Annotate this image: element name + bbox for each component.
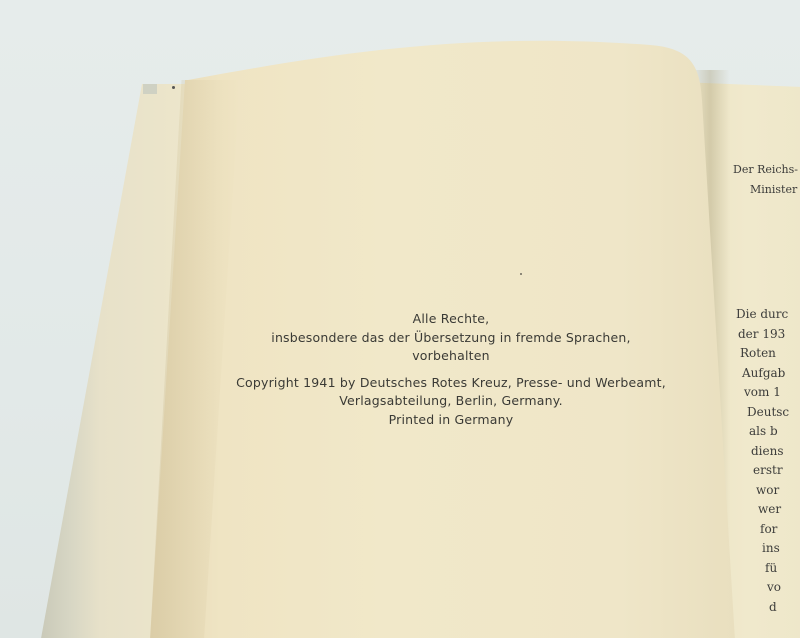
translation-rights-line: insbesondere das der Übersetzung in frem… [236, 329, 666, 348]
body-line: fü [736, 559, 800, 579]
copyright-imprint: Alle Rechte, insbesondere das der Überse… [236, 310, 666, 429]
right-page-body: Die durc der 193 Roten Aufgab vom 1 Deut… [736, 305, 800, 638]
body-line: vom 1 [736, 383, 800, 403]
paper-speck [520, 273, 522, 275]
right-page-heading-2: Minister [750, 183, 800, 196]
cover-corner [143, 84, 157, 94]
body-line: ins [736, 539, 800, 559]
publisher-line: Verlagsabteilung, Berlin, Germany. [236, 392, 666, 411]
body-line: diens [736, 442, 800, 462]
body-line: Roten [736, 344, 800, 364]
paper-speck [172, 86, 175, 89]
body-line: vo [736, 578, 800, 598]
body-line: d [736, 598, 800, 618]
body-line: for [736, 520, 800, 540]
body-line: Aufgab [736, 364, 800, 384]
rights-line: Alle Rechte, [236, 310, 666, 329]
printed-in-line: Printed in Germany [236, 411, 666, 430]
body-line: als b [736, 422, 800, 442]
copyright-line: Copyright 1941 by Deutsches Rotes Kreuz,… [236, 374, 666, 393]
body-line: wer [736, 500, 800, 520]
reserved-line: vorbehalten [236, 347, 666, 366]
body-line: erstr [736, 461, 800, 481]
right-page-heading-1: Der Reichs- [733, 163, 800, 176]
body-line: wor [736, 481, 800, 501]
body-line: Deutsc [736, 403, 800, 423]
body-line: Die durc [736, 305, 800, 325]
body-line: der 193 [736, 325, 800, 345]
